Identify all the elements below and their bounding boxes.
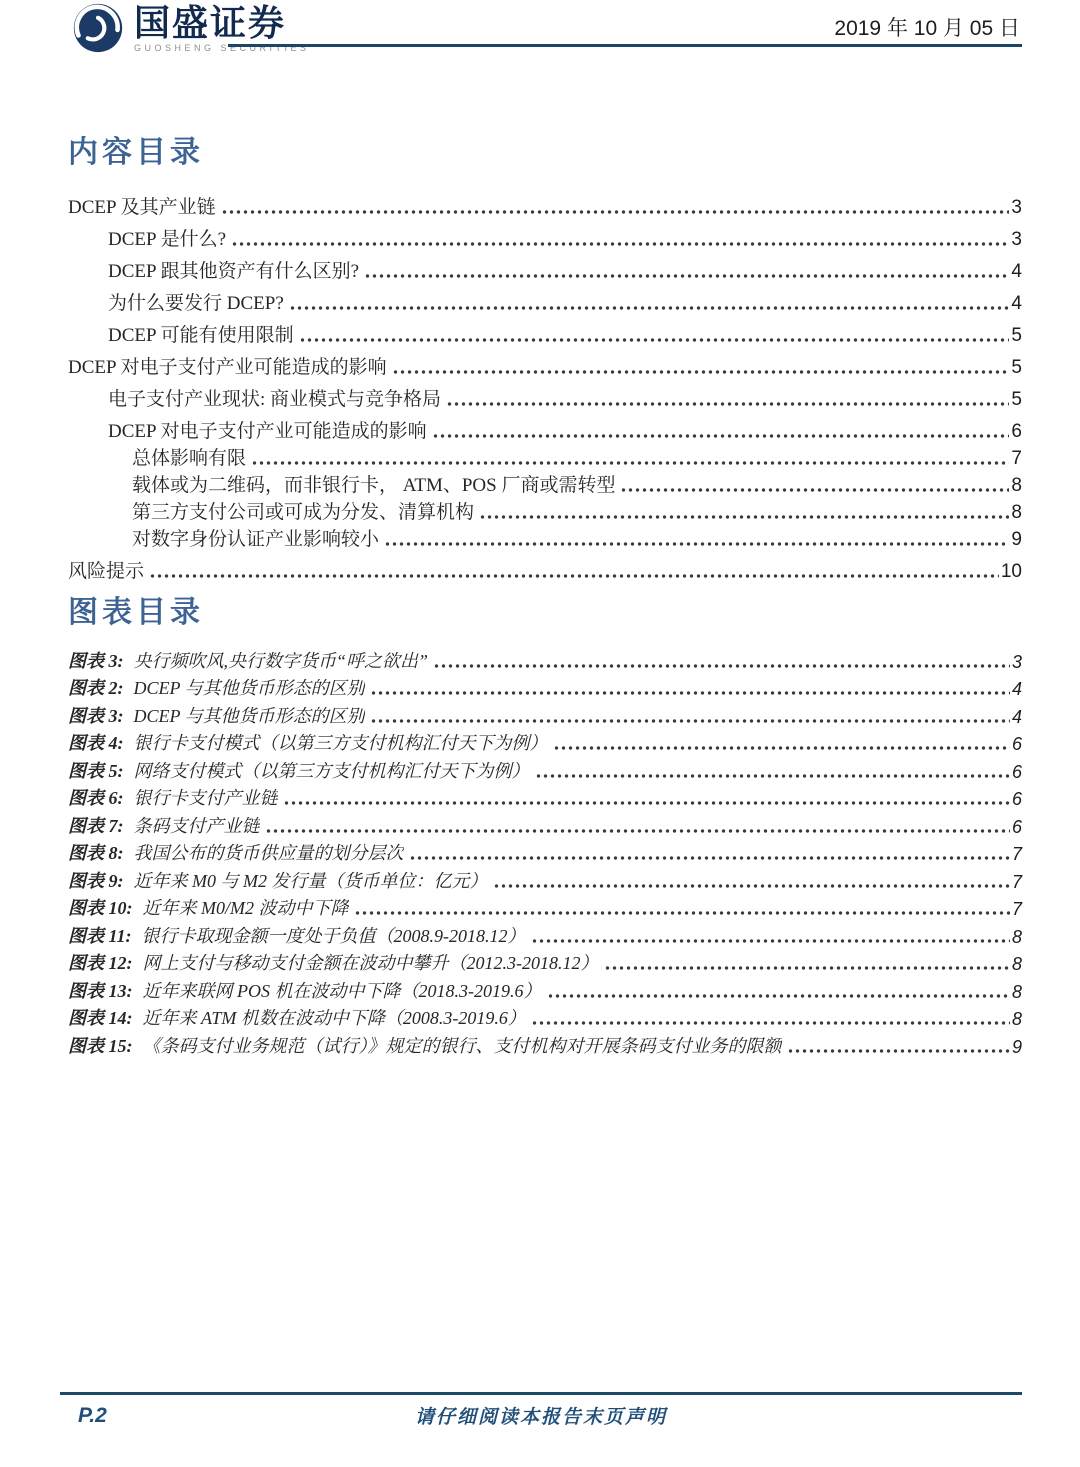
page-header: 国盛证券 GUOSHENG SECURITIES 2019 年 10 月 05 … — [0, 0, 1080, 70]
toc-entry-page: 5 — [1011, 357, 1022, 379]
dot-leader — [365, 273, 1009, 279]
toc-entry: 为什么要发行 DCEP?4 — [68, 283, 1022, 315]
toc-entry-page: 6 — [1012, 762, 1022, 783]
figure-number: 图表 11: — [68, 926, 132, 946]
toc-entry: DCEP 及其产业链3 — [68, 187, 1022, 219]
toc-entry: 图表 2:DCEP 与其他货币形态的区别4 — [68, 673, 1022, 701]
dot-leader — [284, 800, 1010, 806]
toc-entry-page: 7 — [1012, 844, 1022, 865]
toc-entry: DCEP 可能有使用限制5 — [68, 315, 1022, 347]
toc-entry-label: 图表 6:银行卡支付产业链 — [68, 784, 278, 810]
dot-leader — [480, 514, 1009, 520]
toc-entry-label: DCEP 跟其他资产有什么区别? — [108, 256, 359, 283]
brand-name: 国盛证券 — [134, 4, 310, 42]
figure-number: 图表 4: — [68, 733, 124, 753]
toc-entry: 图表 5:网络支付模式（以第三方支付机构汇付天下为例）6 — [68, 755, 1022, 783]
toc-entry-label: 对数字身份认证产业影响较小 — [132, 524, 379, 551]
page-number: P.2 — [78, 1404, 107, 1428]
toc-entry-page: 6 — [1012, 789, 1022, 810]
dot-leader — [150, 573, 999, 579]
toc-entry-page: 3 — [1011, 197, 1022, 219]
toc-entry-label: 总体影响有限 — [132, 443, 246, 470]
toc-entry: DCEP 跟其他资产有什么区别?4 — [68, 251, 1022, 283]
toc-entry-label: 图表 5:网络支付模式（以第三方支付机构汇付天下为例） — [68, 757, 530, 783]
toc-entry-label: 图表 14:近年来 ATM 机数在波动中下降（2008.3-2019.6） — [68, 1004, 526, 1030]
dot-leader — [300, 337, 1010, 343]
page-body: 内容目录 DCEP 及其产业链3DCEP 是什么?3DCEP 跟其他资产有什么区… — [68, 133, 1022, 1058]
toc-entry-page: 8 — [1012, 954, 1022, 975]
toc-entry-label: 图表 3:央行频吹风,央行数字货币“呼之欲出” — [68, 647, 428, 673]
toc-entry-page: 3 — [1011, 229, 1022, 251]
dot-leader — [222, 209, 1010, 215]
figure-number: 图表 12: — [68, 953, 133, 973]
toc-entry: 图表 11:银行卡取现金额一度处于负值（2008.9-2018.12）8 — [68, 920, 1022, 948]
dot-leader — [621, 487, 1009, 493]
toc-entry-label: 第三方支付公司或可成为分发、清算机构 — [132, 497, 474, 524]
toc-entry-label: 图表 3:DCEP 与其他货币形态的区别 — [68, 702, 365, 728]
dot-leader — [355, 910, 1010, 916]
toc-entry-label: DCEP 是什么? — [108, 224, 226, 251]
dot-leader — [434, 663, 1010, 669]
toc-entry-page: 7 — [1012, 899, 1022, 920]
toc-entry-label: 图表 15:《条码支付业务规范（试行）》规定的银行、支付机构对开展条码支付业务的… — [68, 1032, 782, 1058]
toc-entry-page: 5 — [1011, 325, 1022, 347]
toc-entry-label: DCEP 对电子支付产业可能造成的影响 — [68, 352, 387, 379]
dot-leader — [393, 369, 1010, 375]
figure-number: 图表 14: — [68, 1008, 133, 1028]
toc-entry: 图表 9:近年来 M0 与 M2 发行量（货币单位：亿元）7 — [68, 865, 1022, 893]
toc-entry-label: 图表 12:网上支付与移动支付金额在波动中攀升（2012.3-2018.12） — [68, 949, 599, 975]
figure-number: 图表 10: — [68, 898, 133, 918]
dot-leader — [494, 883, 1010, 889]
figure-number: 图表 2: — [68, 678, 124, 698]
toc-entry: 载体或为二维码，而非银行卡， ATM、POS 厂商或需转型8 — [68, 470, 1022, 497]
dot-leader — [548, 993, 1010, 999]
report-date: 2019 年 10 月 05 日 — [834, 12, 1020, 42]
dot-leader — [266, 828, 1010, 834]
header-divider — [228, 44, 1022, 47]
contents-title: 内容目录 — [68, 133, 1022, 173]
figure-number: 图表 8: — [68, 843, 124, 863]
toc-entry-label: DCEP 可能有使用限制 — [108, 320, 294, 347]
toc-entry: 电子支付产业现状: 商业模式与竞争格局5 — [68, 379, 1022, 411]
toc-entry: 图表 7:条码支付产业链6 — [68, 810, 1022, 838]
dot-leader — [410, 855, 1010, 861]
toc-entry-label: 图表 8:我国公布的货币供应量的划分层次 — [68, 839, 404, 865]
toc-entry: 图表 12:网上支付与移动支付金额在波动中攀升（2012.3-2018.12）8 — [68, 948, 1022, 976]
toc-entry-page: 8 — [1011, 502, 1022, 524]
figures-title: 图表目录 — [68, 593, 1022, 633]
toc-entry-label: 电子支付产业现状: 商业模式与竞争格局 — [108, 384, 441, 411]
toc-entry-page: 8 — [1012, 927, 1022, 948]
toc-entry: DCEP 是什么?3 — [68, 219, 1022, 251]
toc-entry-page: 8 — [1012, 982, 1022, 1003]
toc-entry-page: 5 — [1011, 389, 1022, 411]
toc-entry: 图表 13:近年来联网 POS 机在波动中下降（2018.3-2019.6）8 — [68, 975, 1022, 1003]
toc-entry-page: 3 — [1012, 652, 1022, 673]
toc-entry-label: 载体或为二维码，而非银行卡， ATM、POS 厂商或需转型 — [132, 470, 615, 497]
toc-entry: 总体影响有限7 — [68, 443, 1022, 470]
toc-entry-page: 4 — [1012, 679, 1022, 700]
toc-entry: 图表 6:银行卡支付产业链6 — [68, 783, 1022, 811]
toc-entry-page: 6 — [1011, 421, 1022, 443]
dot-leader — [532, 938, 1010, 944]
footer-disclaimer: 请仔细阅读本报告末页声明 — [60, 1402, 1022, 1429]
toc-entry-page: 8 — [1011, 475, 1022, 497]
dot-leader — [433, 433, 1010, 439]
toc-entry-page: 6 — [1012, 817, 1022, 838]
figure-number: 图表 13: — [68, 981, 133, 1001]
dot-leader — [385, 541, 1009, 547]
report-page: 国盛证券 GUOSHENG SECURITIES 2019 年 10 月 05 … — [0, 0, 1080, 1467]
toc-entry: 图表 4:银行卡支付模式（以第三方支付机构汇付天下为例）6 — [68, 728, 1022, 756]
guosheng-logo-icon — [72, 2, 124, 54]
toc-entry-label: 图表 4:银行卡支付模式（以第三方支付机构汇付天下为例） — [68, 729, 548, 755]
dot-leader — [532, 1020, 1010, 1026]
toc-entry: 图表 10:近年来 M0/M2 波动中下降7 — [68, 893, 1022, 921]
dot-leader — [536, 773, 1010, 779]
figure-number: 图表 3: — [68, 651, 124, 671]
toc-entry-page: 4 — [1011, 293, 1022, 315]
toc-entry: DCEP 对电子支付产业可能造成的影响6 — [68, 411, 1022, 443]
dot-leader — [371, 690, 1010, 696]
toc-entry-label: 图表 2:DCEP 与其他货币形态的区别 — [68, 674, 365, 700]
toc-entry: 图表 3:DCEP 与其他货币形态的区别4 — [68, 700, 1022, 728]
contents-list: DCEP 及其产业链3DCEP 是什么?3DCEP 跟其他资产有什么区别?4为什… — [68, 187, 1022, 583]
figure-number: 图表 3: — [68, 706, 124, 726]
dot-leader — [290, 305, 1010, 311]
dot-leader — [788, 1048, 1010, 1054]
toc-entry-label: DCEP 对电子支付产业可能造成的影响 — [108, 416, 427, 443]
toc-entry-page: 4 — [1012, 707, 1022, 728]
page-footer: P.2 请仔细阅读本报告末页声明 — [60, 1392, 1022, 1429]
toc-entry: 图表 14:近年来 ATM 机数在波动中下降（2008.3-2019.6）8 — [68, 1003, 1022, 1031]
dot-leader — [371, 718, 1010, 724]
toc-entry-page: 7 — [1011, 448, 1022, 470]
figure-number: 图表 6: — [68, 788, 124, 808]
dot-leader — [252, 460, 1009, 466]
toc-entry: 图表 3:央行频吹风,央行数字货币“呼之欲出”3 — [68, 645, 1022, 673]
toc-entry: 第三方支付公司或可成为分发、清算机构8 — [68, 497, 1022, 524]
toc-entry-label: 图表 7:条码支付产业链 — [68, 812, 260, 838]
dot-leader — [605, 965, 1010, 971]
toc-entry: 图表 8:我国公布的货币供应量的划分层次7 — [68, 838, 1022, 866]
figures-list: 图表 3:央行频吹风,央行数字货币“呼之欲出”3图表 2:DCEP 与其他货币形… — [68, 645, 1022, 1058]
toc-entry-label: 图表 11:银行卡取现金额一度处于负值（2008.9-2018.12） — [68, 922, 526, 948]
toc-entry-page: 9 — [1012, 1037, 1022, 1058]
toc-entry-label: 图表 13:近年来联网 POS 机在波动中下降（2018.3-2019.6） — [68, 977, 542, 1003]
toc-entry-page: 4 — [1011, 261, 1022, 283]
toc-entry-page: 6 — [1012, 734, 1022, 755]
dot-leader — [232, 241, 1009, 247]
toc-entry-label: 图表 10:近年来 M0/M2 波动中下降 — [68, 894, 349, 920]
toc-entry: 对数字身份认证产业影响较小9 — [68, 524, 1022, 551]
toc-entry-page: 8 — [1012, 1009, 1022, 1030]
toc-entry-page: 10 — [1001, 561, 1022, 583]
toc-entry-page: 9 — [1011, 529, 1022, 551]
toc-entry-label: DCEP 及其产业链 — [68, 192, 216, 219]
figure-number: 图表 7: — [68, 816, 124, 836]
toc-entry: 风险提示10 — [68, 551, 1022, 583]
toc-entry: DCEP 对电子支付产业可能造成的影响5 — [68, 347, 1022, 379]
toc-entry-label: 图表 9:近年来 M0 与 M2 发行量（货币单位：亿元） — [68, 867, 488, 893]
figure-number: 图表 15: — [68, 1036, 133, 1056]
dot-leader — [447, 401, 1009, 407]
dot-leader — [554, 745, 1010, 751]
toc-entry-page: 7 — [1012, 872, 1022, 893]
toc-entry-label: 风险提示 — [68, 556, 144, 583]
toc-entry-label: 为什么要发行 DCEP? — [108, 288, 284, 315]
figure-number: 图表 9: — [68, 871, 124, 891]
toc-entry: 图表 15:《条码支付业务规范（试行）》规定的银行、支付机构对开展条码支付业务的… — [68, 1030, 1022, 1058]
figure-number: 图表 5: — [68, 761, 124, 781]
